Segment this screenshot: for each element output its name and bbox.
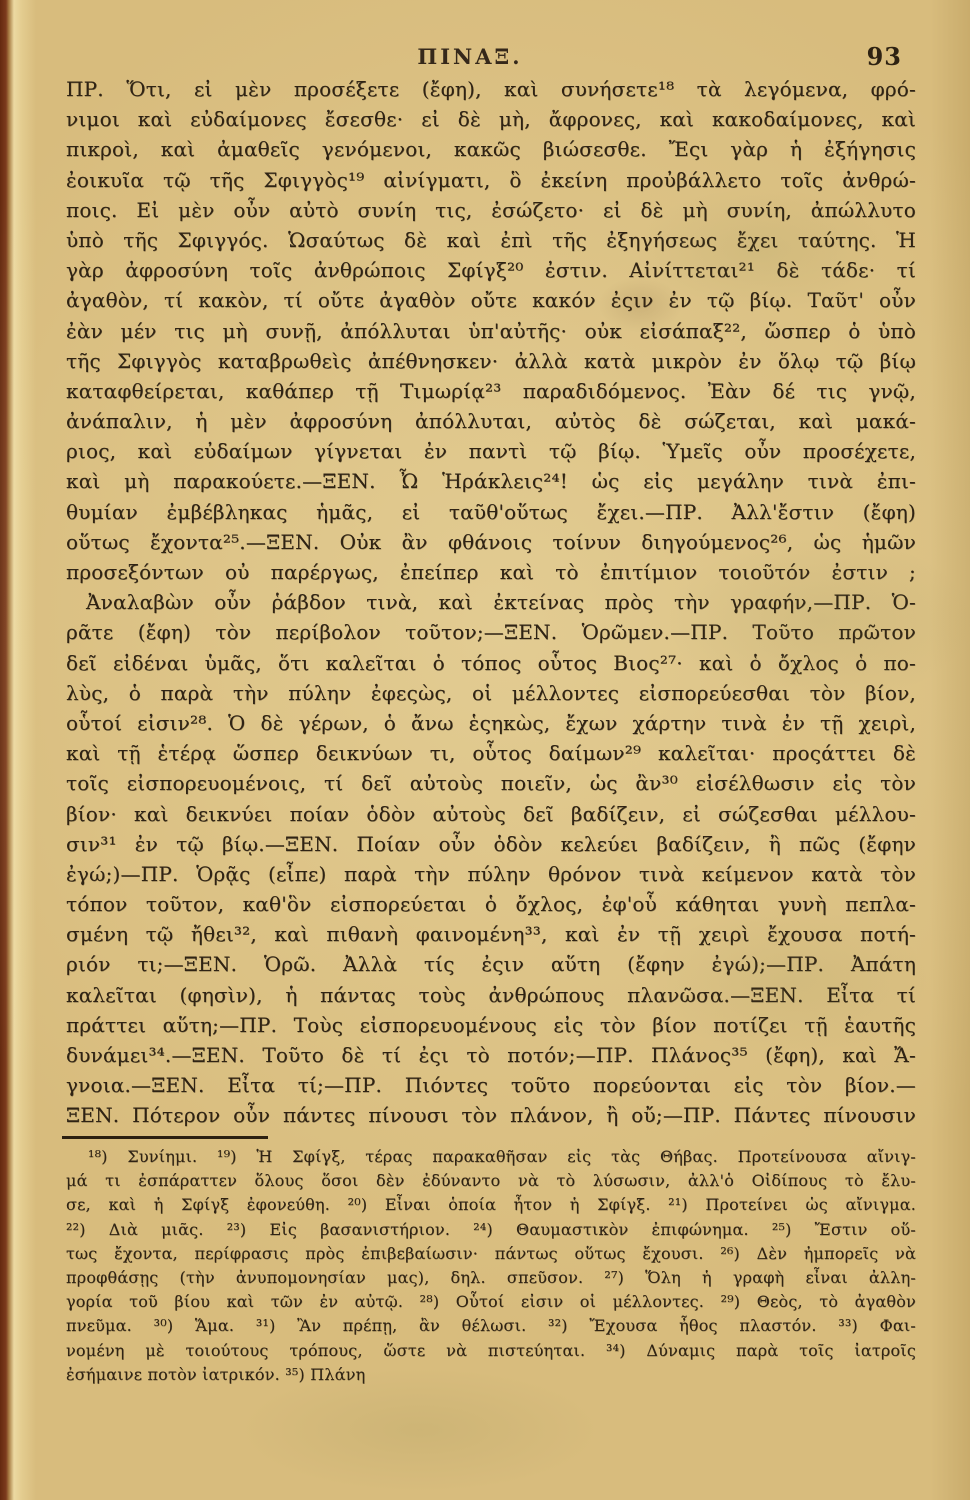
footnote-separator-rule xyxy=(62,1136,268,1139)
body-text-line: βίον· καὶ δεικνύει ποίαν ὁδὸν αὐτοὺς δεῖ… xyxy=(66,799,916,829)
body-text-line: δυνάμει³⁴.—ΞΕΝ. Τοῦτο δὲ τί ἐςι τὸ ποτόν… xyxy=(66,1040,916,1070)
body-text-line: θυμίαν ἐμβέβληκας ἡμᾶς, εἰ ταῦθ'οὕτως ἔχ… xyxy=(66,497,916,527)
running-title: ΠΙΝΑΞ. xyxy=(417,44,522,69)
body-text-line: τόπον τοῦτον, καθ'ὃν εἰσπορεύεται ὁ ὄχλο… xyxy=(66,889,916,919)
body-text-line: ἐὰν μέν τις μὴ συνῇ, ἀπόλλυται ὑπ'αὐτῆς·… xyxy=(66,316,916,346)
body-text-line: οὕτως ἔχοντα²⁵.—ΞΕΝ. Οὐκ ἂν φθάνοις τοίν… xyxy=(66,527,916,557)
footnote-line: μά τι ἐσπάραττεν ὅλους ὅσοι δὲν ἐδύναντο… xyxy=(66,1169,916,1193)
body-text-line: ΠΡ. Ὅτι, εἰ μὲν προσέξετε (ἔφη), καὶ συν… xyxy=(66,74,916,104)
body-text-line: ἐοικυῖα τῷ τῆς Σφιγγὸς¹⁹ αἰνίγματι, ὃ ἐκ… xyxy=(66,165,916,195)
page-header: ΠΙΝΑΞ. 93 xyxy=(60,44,880,74)
footnote-line: ἐσήμαινε ποτὸν ἰατρικόν. ³⁵) Πλάνη xyxy=(66,1363,916,1387)
body-text-line: τοῖς εἰσπορευομένοις, τί δεῖ αὐτοὺς ποιε… xyxy=(66,768,916,798)
book-page: ΠΙΝΑΞ. 93 ΠΡ. Ὅτι, εἰ μὲν προσέξετε (ἔφη… xyxy=(0,0,970,1500)
body-text-line: ριόν τι;—ΞΕΝ. Ὁρῶ. Ἀλλὰ τίς ἐςιν αὕτη (ἔ… xyxy=(66,949,916,979)
footnote-line: τως ἔχοντα, περίφρασις πρὸς ἐπιβεβαίωσιν… xyxy=(66,1242,916,1266)
body-text-line: ΞΕΝ. Πότερον οὖν πάντες πίνουσι τὸν πλάν… xyxy=(66,1100,916,1130)
body-text-line: σιν³¹ ἐν τῷ βίῳ.—ΞΕΝ. Ποίαν οὖν ὁδὸν κελ… xyxy=(66,829,916,859)
footnote-line: νομένη μὲ τοιούτους τρόπους, ὥστε νὰ πισ… xyxy=(66,1339,916,1363)
body-text-line: ἐγώ;)—ΠΡ. Ὁρᾷς (εἶπε) παρὰ τὴν πύλην θρό… xyxy=(66,859,916,889)
body-text-line: νιμοι καὶ εὐδαίμονες ἔσεσθε· εἰ δὲ μὴ, ἄ… xyxy=(66,104,916,134)
body-text-line: πικροὶ, καὶ ἀμαθεῖς γενόμενοι, κακῶς βιώ… xyxy=(66,134,916,164)
footnote-line: σε, καὶ ἡ Σφίγξ ἐφονεύθη. ²⁰) Εἶναι ὁποί… xyxy=(66,1193,916,1217)
footnotes-block: ¹⁸) Συνίημι. ¹⁹) Ἡ Σφίγξ, τέρας παρακαθῆ… xyxy=(66,1145,916,1387)
body-text-line: οὗτοί εἰσιν²⁸. Ὁ δὲ γέρων, ὁ ἄνω ἑςηκὼς,… xyxy=(66,708,916,738)
body-text-line: γὰρ ἀφροσύνη τοῖς ἀνθρώποις Σφίγξ²⁰ ἐστι… xyxy=(66,255,916,285)
body-text-line: προσεξόντων οὐ παρέργως, ἐπείπερ καὶ τὸ … xyxy=(66,557,916,587)
body-text-line: ποις. Εἰ μὲν οὖν αὐτὸ συνίη τις, ἐσώζετο… xyxy=(66,195,916,225)
body-text-line: δεῖ εἰδέναι ὑμᾶς, ὅτι καλεῖται ὁ τόπος ο… xyxy=(66,648,916,678)
main-text-block: ΠΡ. Ὅτι, εἰ μὲν προσέξετε (ἔφη), καὶ συν… xyxy=(66,74,916,1131)
body-text-line: γνοια.—ΞΕΝ. Εἶτα τί;—ΠΡ. Πιόντες τοῦτο π… xyxy=(66,1070,916,1100)
body-text-line: καὶ μὴ παρακούετε.—ΞΕΝ. Ὦ Ἡράκλεις²⁴! ὡς… xyxy=(66,466,916,496)
footnote-line: ¹⁸) Συνίημι. ¹⁹) Ἡ Σφίγξ, τέρας παρακαθῆ… xyxy=(66,1145,916,1169)
footnote-line: ²²) Διὰ μιᾶς. ²³) Εἰς βασανιστήριον. ²⁴)… xyxy=(66,1218,916,1242)
body-text-line: ἀνάπαλιν, ἡ μὲν ἀφροσύνη ἀπόλλυται, αὐτὸ… xyxy=(66,406,916,436)
body-text-line: καλεῖται (φησὶν), ἡ πάντας τοὺς ἀνθρώπου… xyxy=(66,980,916,1010)
footnote-line: πνεῦμα. ³⁰) Ἅμα. ³¹) Ἂν πρέπῃ, ἂν θέλωσι… xyxy=(66,1314,916,1338)
body-text-line: καταφθείρεται, καθάπερ τῇ Τιμωρίᾳ²³ παρα… xyxy=(66,376,916,406)
body-text-line: ὑπὸ τῆς Σφιγγός. Ὡσαύτως δὲ καὶ ἐπὶ τῆς … xyxy=(66,225,916,255)
footnote-line: γορία τοῦ βίου καὶ τῶν ἐν αὐτῷ. ²⁸) Οὗτο… xyxy=(66,1290,916,1314)
body-text-line: ριος, καὶ εὐδαίμων γίγνεται ἐν παντὶ τῷ … xyxy=(66,436,916,466)
body-text-line: ἀγαθὸν, τί κακὸν, τί οὔτε ἀγαθὸν οὔτε κα… xyxy=(66,285,916,315)
body-text-line: πράττει αὕτη;—ΠΡ. Τοὺς εἰσπορευομένους ε… xyxy=(66,1010,916,1040)
body-text-line: σμένη τῷ ἤθει³², καὶ πιθανὴ φαινομένη³³,… xyxy=(66,919,916,949)
body-text-line: λὺς, ὁ παρὰ τὴν πύλην ἐφεςὼς, οἱ μέλλοντ… xyxy=(66,678,916,708)
body-text-line: καὶ τῇ ἑτέρᾳ ὥσπερ δεικνύων τι, οὗτος δα… xyxy=(66,738,916,768)
body-text-line: Ἀναλαβὼν οὖν ῥάβδον τινὰ, καὶ ἐκτείνας π… xyxy=(66,587,916,617)
page-number: 93 xyxy=(867,42,902,71)
body-text-line: τῆς Σφιγγὸς καταβρωθεὶς ἀπέθνησκεν· ἀλλὰ… xyxy=(66,346,916,376)
body-text-line: ρᾶτε (ἔφη) τὸν περίβολον τοῦτον;—ΞΕΝ. Ὁρ… xyxy=(66,617,916,647)
footnote-line: προφθάσῃς (τὴν ἀνυπομονησίαν μας), δηλ. … xyxy=(66,1266,916,1290)
